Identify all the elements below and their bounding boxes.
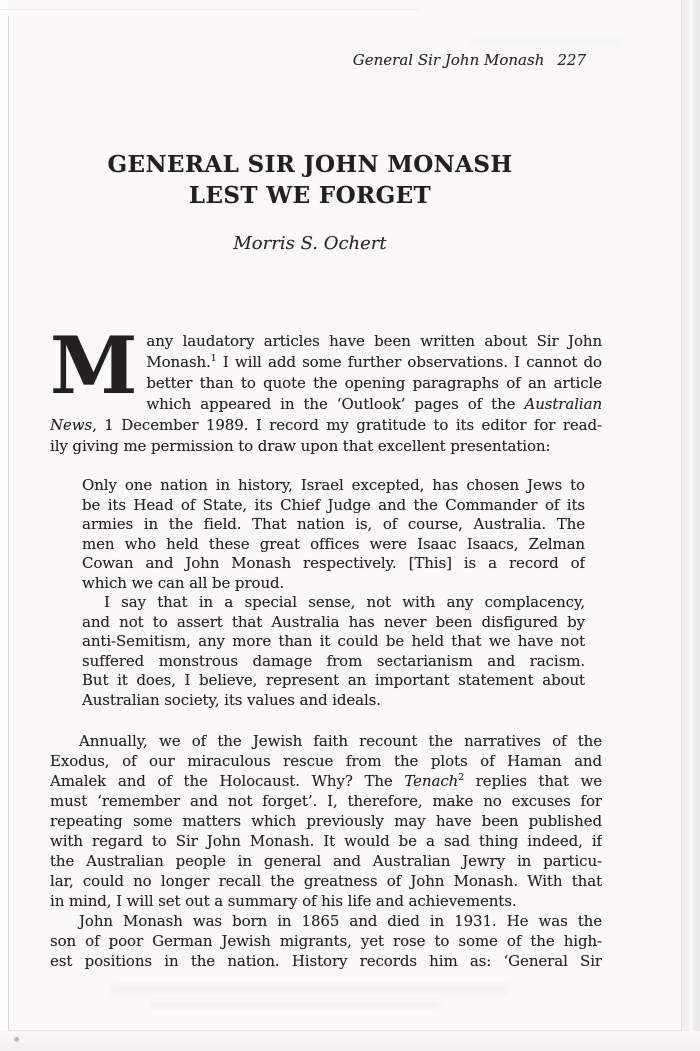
text-line: the Australian people in general and Aus… (50, 851, 602, 871)
page-edge-left-line (8, 16, 9, 1051)
text-segment: armies in the field. That nation is, of … (82, 515, 585, 533)
running-header: General Sir John Monash227 (50, 51, 586, 69)
text-line: suffered monstrous damage from sectarian… (82, 652, 585, 672)
article-title-line2: LEST WE FORGET (189, 182, 431, 209)
text-segment: News (50, 416, 92, 434)
text-segment: be its Head of State, its Chief Judge an… (82, 496, 585, 514)
page-margin-strip (0, 0, 8, 1051)
bleed-through-mark (110, 984, 510, 994)
text-line: be its Head of State, its Chief Judge an… (82, 496, 585, 516)
text-segment: Only one nation in history, Israel excep… (82, 476, 585, 494)
text-segment: which we can all be proud. (82, 574, 284, 592)
opening-paragraph: Many laudatory articles have been writte… (50, 331, 602, 457)
text-segment: I say that in a special sense, not with … (104, 593, 585, 611)
page-edge-top-line (0, 9, 420, 10)
article-title: GENERAL SIR JOHN MONASH LEST WE FORGET (50, 149, 570, 211)
text-line: Australian society, its values and ideal… (82, 691, 585, 711)
text-segment: with regard to Sir John Monash. It would… (50, 832, 602, 850)
text-line: Exodus, of our miraculous rescue from th… (50, 751, 602, 771)
text-line: and not to assert that Australia has nev… (82, 613, 585, 633)
text-segment: suffered monstrous damage from sectarian… (82, 652, 585, 670)
text-line: est positions in the nation. History rec… (50, 951, 602, 971)
text-line: repeating some matters which previously … (50, 811, 602, 831)
text-segment: Australian society, its values and ideal… (82, 691, 381, 709)
text-line: any laudatory articles have been written… (146, 331, 602, 352)
text-segment: John Monash was born in 1865 and died in… (79, 912, 602, 930)
scan-speck (14, 1037, 19, 1042)
text-segment: must ‘remember and not forget’. I, there… (50, 792, 602, 810)
text-line: men who held these great offices were Is… (82, 535, 585, 555)
text-segment: repeating some matters which previously … (50, 812, 602, 830)
text-segment: Exodus, of our miraculous rescue from th… (50, 752, 602, 770)
text-line: I say that in a special sense, not with … (82, 593, 585, 613)
text-segment: in mind, I will set out a summary of his… (50, 892, 517, 910)
text-segment: Monash. (146, 353, 210, 371)
text-line: which appeared in the ‘Outlook’ pages of… (146, 394, 602, 415)
article-title-line1: GENERAL SIR JOHN MONASH (108, 151, 513, 178)
text-line: in mind, I will set out a summary of his… (50, 891, 602, 911)
text-line: But it does, I believe, represent an imp… (82, 671, 585, 691)
block-quote: Only one nation in history, Israel excep… (82, 476, 585, 710)
text-segment: But it does, I believe, represent an imp… (82, 671, 585, 689)
text-line: which we can all be proud. (82, 574, 585, 594)
text-segment: the Australian people in general and Aus… (50, 852, 602, 870)
text-line: anti-Semitism, any more than it could be… (82, 632, 585, 652)
article-body: Many laudatory articles have been writte… (50, 331, 602, 971)
text-line: Annually, we of the Jewish faith recount… (50, 731, 602, 751)
drop-cap: M (50, 334, 137, 397)
text-line: must ‘remember and not forget’. I, there… (50, 791, 602, 811)
text-segment: son of poor German Jewish migrants, yet … (50, 932, 602, 950)
text-segment: anti-Semitism, any more than it could be… (82, 632, 585, 650)
text-line: son of poor German Jewish migrants, yet … (50, 931, 602, 951)
paragraph-annually: Annually, we of the Jewish faith recount… (50, 731, 602, 911)
text-line: Monash.1 I will add some further observa… (146, 352, 602, 373)
text-segment: , 1 December 1989. I record my gratitude… (92, 416, 602, 434)
scanned-book-page: General Sir John Monash227 GENERAL SIR J… (0, 0, 700, 1051)
page-edge-bottom-band (0, 1031, 700, 1051)
text-segment: and not to assert that Australia has nev… (82, 613, 585, 631)
text-line: armies in the field. That nation is, of … (82, 515, 585, 535)
text-segment: I will add some further observations. I … (217, 353, 602, 371)
text-line: better than to quote the opening paragra… (146, 373, 602, 394)
text-segment: Cowan and John Monash respectively. [Thi… (82, 554, 585, 572)
text-line: John Monash was born in 1865 and died in… (50, 911, 602, 931)
text-line: lar, could no longer recall the greatnes… (50, 871, 602, 891)
text-line: Cowan and John Monash respectively. [Thi… (82, 554, 585, 574)
text-line: News, 1 December 1989. I record my grati… (50, 415, 602, 436)
text-segment: which appeared in the ‘Outlook’ pages of… (146, 395, 524, 413)
paragraph-john-monash-born: John Monash was born in 1865 and died in… (50, 911, 602, 971)
bleed-through-mark (150, 1001, 440, 1009)
text-line: Only one nation in history, Israel excep… (82, 476, 585, 496)
text-segment: Tenach (404, 772, 458, 790)
bleed-through-mark (470, 38, 620, 47)
text-line: ily giving me permission to draw upon th… (50, 436, 602, 457)
text-segment: lar, could no longer recall the greatnes… (50, 872, 602, 890)
page-edge-right-band (681, 0, 700, 1051)
text-segment: men who held these great offices were Is… (82, 535, 585, 553)
text-segment: est positions in the nation. History rec… (50, 952, 602, 970)
text-segment: replies that we (464, 772, 602, 790)
text-segment: Annually, we of the Jewish faith recount… (79, 732, 602, 750)
text-segment: any laudatory articles have been written… (146, 332, 602, 350)
text-line: with regard to Sir John Monash. It would… (50, 831, 602, 851)
text-line: Amalek and of the Holocaust. Why? The Te… (50, 771, 602, 791)
page-number: 227 (557, 51, 586, 69)
text-segment: Amalek and of the Holocaust. Why? The (50, 772, 404, 790)
article-author: Morris S. Ochert (50, 233, 570, 254)
text-segment: better than to quote the opening paragra… (146, 374, 602, 392)
running-header-title: General Sir John Monash (353, 51, 545, 69)
text-segment: ily giving me permission to draw upon th… (50, 437, 550, 455)
